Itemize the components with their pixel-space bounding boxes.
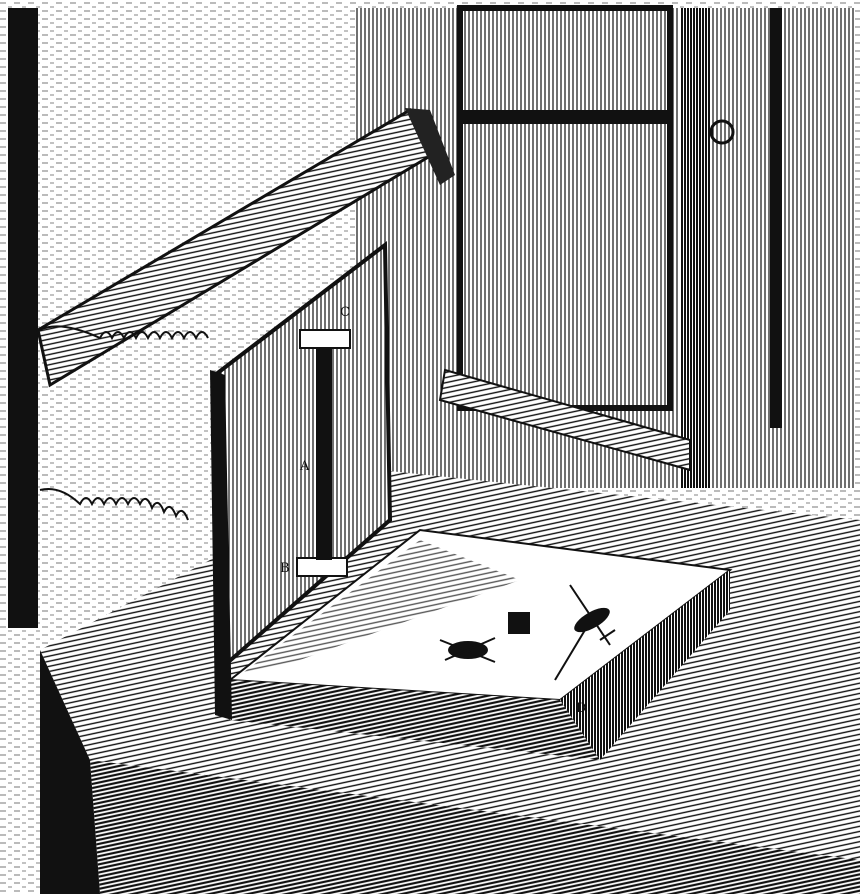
insulator-block-bottom (297, 558, 347, 576)
electrode-bar (316, 348, 332, 560)
right-frame (770, 8, 782, 428)
engraving-illustration: C A B D (0, 0, 860, 894)
window-jamb (680, 8, 710, 488)
label-a: A (299, 459, 310, 474)
insulator-block-top (300, 330, 350, 348)
small-specimen (508, 612, 530, 634)
engraving-canvas: C A B D (0, 0, 860, 894)
left-post (8, 8, 38, 628)
window-mullion (460, 110, 670, 124)
window-pane (460, 8, 670, 408)
label-b: B (280, 561, 290, 576)
label-d: D (576, 701, 586, 716)
label-c: C (340, 305, 350, 320)
